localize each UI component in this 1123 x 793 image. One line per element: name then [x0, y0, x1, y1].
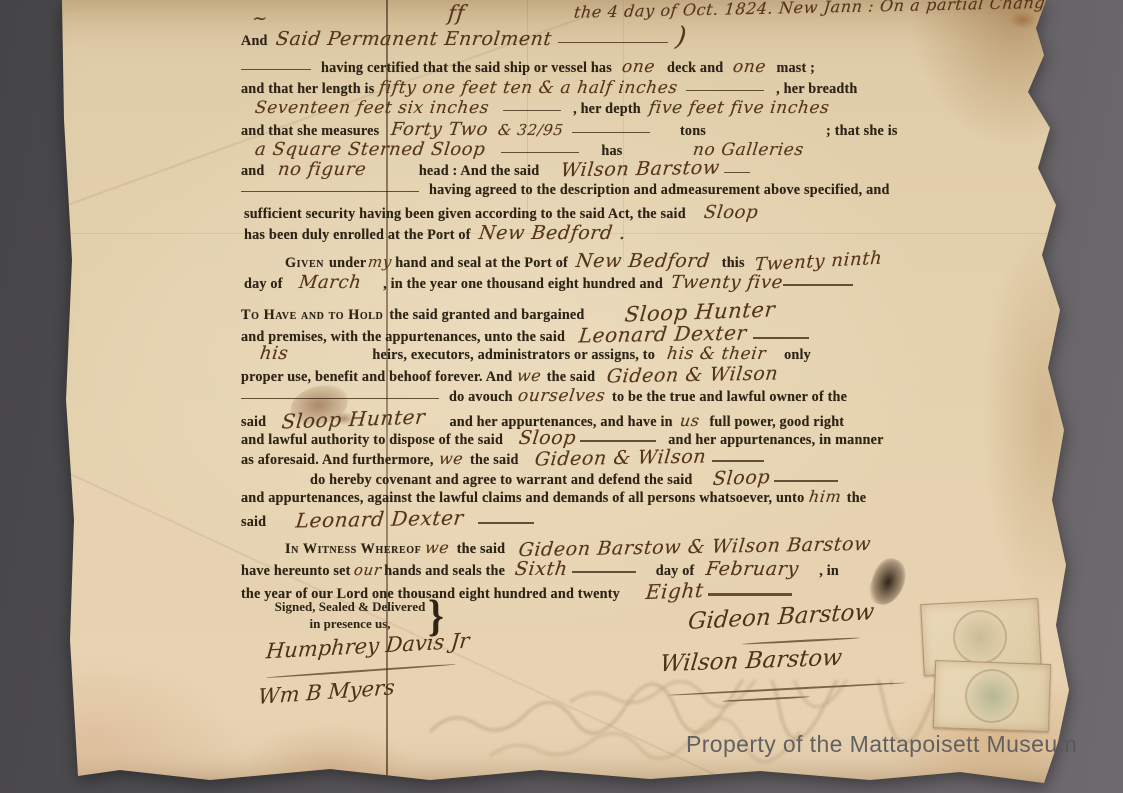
gap [605, 400, 612, 401]
gap [704, 597, 708, 598]
printed-text: proper use, benefit and behoof forever. … [241, 369, 512, 386]
doc-line: and appurtenances, against the lawful cl… [241, 487, 866, 507]
printed-text: , her depth [573, 101, 641, 118]
printed-text: tons [680, 123, 706, 140]
gap [579, 154, 601, 155]
gap [288, 358, 372, 359]
handwritten-text: Forty Two [390, 119, 490, 140]
gap [693, 483, 713, 484]
printed-text: and that she measures [241, 123, 379, 140]
handwritten-text: Wilson Barstow [560, 157, 721, 182]
handwritten-text: one [621, 57, 657, 77]
gap [745, 266, 755, 267]
rule-line [241, 61, 311, 70]
rule-line [503, 102, 561, 111]
doc-line: Seventeen feet six inches, her depthfive… [255, 98, 829, 118]
doc-line: and lawful authority to dispose of the s… [241, 427, 884, 449]
doc-line: has been duly enrolled at the Port ofNew… [244, 222, 626, 244]
printed-text: only [784, 347, 811, 364]
printed-text: and appurtenances, against the lawful cl… [241, 490, 804, 507]
gap [503, 443, 519, 444]
doc-line: saidLeonard Dexter [241, 507, 534, 531]
rule-line [241, 183, 419, 192]
doc-line: andno figurehead : And the saidWilson Ba… [241, 158, 750, 180]
handwritten-text: the 4 day of Oct. 1824. New Jann : On a … [574, 0, 1123, 22]
printed-text: head : And the said [419, 163, 540, 180]
gap [425, 425, 449, 426]
gap [620, 597, 646, 598]
doc-line: and that she measuresForty Two& 32/95ton… [241, 119, 898, 140]
photo-canvas: { "colors":{ "bg-left":"#454446","bg-rig… [0, 0, 1123, 793]
doc-line: do avouchourselvesto be the true and law… [241, 386, 847, 406]
gap [655, 71, 667, 72]
gap [539, 174, 561, 175]
gap [419, 193, 429, 194]
paper-sheet: ~ffthe 4 day of Oct. 1824. New Jann : On… [0, 0, 1123, 793]
handwritten-text: Twenty five [670, 272, 785, 293]
doc-line: Givenundermyhand and seal at the Port of… [285, 250, 882, 272]
handwritten-text: Eight [645, 578, 705, 604]
printed-text: this [722, 255, 745, 272]
printed-text: And [241, 33, 268, 50]
printed-text: , in [819, 563, 839, 580]
attestation-block: Signed, Sealed & Delivered in presence u… [266, 599, 434, 633]
handwritten-text: my [367, 253, 393, 271]
gap [766, 358, 784, 359]
handwritten-text: Seventeen feet six inches [254, 98, 491, 118]
museum-watermark: Property of the Mattapoisett Museum [686, 731, 1077, 758]
printed-text: having certified that the said ship or v… [321, 60, 612, 77]
handwritten-text: New Bedford [575, 250, 712, 272]
gap [686, 217, 704, 218]
gap [283, 287, 299, 288]
gap [706, 134, 826, 135]
printed-text: to be the true and lawful owner of the [612, 389, 847, 406]
printed-text: day of [244, 276, 283, 293]
handwritten-text: fifty one feet ten & a half inches [378, 78, 679, 98]
handwritten-text: Gideon & Wilson [606, 363, 780, 388]
handwritten-text: ) [674, 22, 688, 52]
printed-text: having agreed to the description and adm… [429, 182, 890, 199]
rule-line [241, 390, 439, 399]
handwritten-text: Said Permanent Enrolment [274, 28, 553, 50]
handwritten-text: & 32/95 [497, 121, 565, 139]
doc-line: have hereunto setourhands and seals theS… [241, 558, 839, 580]
gap [576, 443, 580, 444]
doc-line: having agreed to the description and adm… [241, 182, 890, 199]
gap [706, 463, 712, 464]
rule-line [708, 587, 792, 596]
printed-text: day of [656, 563, 695, 580]
gap [552, 44, 558, 45]
doc-line: having certified that the said ship or v… [241, 57, 815, 77]
gap [485, 154, 501, 155]
doc-line: AndSaid Permanent Enrolment) [241, 22, 686, 52]
doc-line: as aforesaid. And furthermore,wethe said… [241, 447, 764, 469]
handwritten-text: we [438, 449, 465, 468]
gap [766, 71, 776, 72]
handwritten-text: our [352, 561, 382, 579]
gap [747, 340, 753, 341]
handwritten-text: a Square Sterned Sloop [254, 139, 487, 160]
gap [367, 174, 419, 175]
gap [799, 574, 819, 575]
rule-line [572, 564, 636, 573]
printed-text: and that her length is [241, 81, 374, 98]
handwritten-text: Sixth [514, 558, 569, 580]
handwritten-text: five feet five inches [648, 98, 831, 118]
printed-text: do avouch [449, 389, 513, 406]
gap [489, 112, 503, 113]
handwritten-text: we [424, 538, 451, 557]
gap [565, 340, 579, 341]
rule-line [753, 330, 809, 339]
gap [764, 92, 776, 93]
gap [700, 425, 710, 426]
printed-text: , in the year one thousand eight hundred… [383, 276, 663, 293]
gap [450, 552, 457, 553]
rule-line [774, 473, 838, 482]
rule-line [686, 82, 764, 91]
gap [464, 525, 478, 526]
rule-line [558, 34, 668, 43]
doc-line: In Witness Whereofwethe saidGideon Barst… [285, 536, 871, 558]
gap [650, 134, 680, 135]
handwritten-text: March [297, 272, 362, 293]
doc-line: do hereby covenant and agree to warrant … [310, 467, 838, 489]
gap [519, 463, 535, 464]
gap [710, 266, 722, 267]
handwritten-text: his [259, 343, 290, 364]
printed-text: hands and seals the [384, 563, 505, 580]
handwritten-text: Sloop [518, 427, 578, 449]
printed-text: heirs, executors, administrators or assi… [372, 347, 655, 364]
gap [439, 400, 449, 401]
gap [636, 574, 656, 575]
printed-text: mast ; [776, 60, 815, 77]
gap [266, 525, 296, 526]
rule-line [580, 433, 656, 442]
doc-line: proper use, benefit and behoof forever. … [241, 364, 778, 386]
printed-text: ; that she is [826, 123, 898, 140]
printed-text: sufficient security having been given ac… [244, 206, 686, 223]
handwritten-text: his & their [666, 344, 768, 364]
doc-line: To Have and to Holdthe said granted and … [241, 300, 775, 324]
gap [361, 287, 383, 288]
gap [505, 552, 519, 553]
printed-text: Given [285, 255, 324, 272]
gap [585, 318, 625, 319]
attestation-line1: Signed, Sealed & Delivered [266, 599, 434, 616]
handwritten-text: Leonard Dexter [295, 506, 466, 533]
printed-text: deck and [667, 60, 723, 77]
rule-line [724, 164, 750, 173]
gap [678, 92, 686, 93]
handwritten-text: Gideon Barstow & Wilson Barstow [518, 533, 873, 561]
printed-text: the [847, 490, 867, 507]
gap [655, 358, 667, 359]
printed-text: the said [457, 541, 506, 558]
gap [463, 463, 470, 464]
printed-text: and [241, 163, 264, 180]
printed-text: , her breadth [776, 81, 857, 98]
gap [266, 425, 282, 426]
printed-text: has been duly enrolled at the Port of [244, 227, 471, 244]
doc-line: hisheirs, executors, administrators or a… [260, 343, 811, 364]
rule-line [783, 277, 853, 286]
doc-line: and that her length isfifty one feet ten… [241, 78, 857, 98]
handwritten-text: one [732, 57, 768, 77]
handwritten-text: ourselves [516, 386, 606, 406]
document-lines: ~ffthe 4 day of Oct. 1824. New Jann : On… [0, 0, 1123, 793]
gap [561, 112, 573, 113]
rule-line [501, 144, 579, 153]
document-photo: ~ffthe 4 day of Oct. 1824. New Jann : On… [0, 0, 1123, 793]
gap [311, 71, 321, 72]
printed-text: the said [547, 369, 596, 386]
gap [568, 574, 572, 575]
handwritten-text: him [808, 487, 843, 506]
printed-text: said [241, 514, 266, 531]
rule-line [712, 453, 764, 462]
printed-text: have hereunto set [241, 563, 351, 580]
printed-text: In Witness Whereof [285, 541, 421, 558]
gap [564, 134, 572, 135]
gap [770, 483, 774, 484]
gap [465, 17, 575, 20]
handwritten-text: February [705, 558, 801, 580]
doc-line: sufficient security having been given ac… [244, 202, 758, 223]
handwritten-text: we [516, 366, 543, 385]
rule-line [478, 515, 534, 524]
gap [623, 154, 693, 155]
handwritten-text: New Bedford . [477, 222, 627, 244]
printed-text: hand and seal at the Port of [395, 255, 568, 272]
handwritten-text: no figure [277, 159, 368, 180]
attestation-line2: in presence us, [266, 616, 434, 633]
gap [720, 174, 724, 175]
printed-text: under [329, 255, 366, 272]
rule-line [572, 124, 650, 133]
handwritten-text: Sloop [703, 202, 760, 223]
gap [656, 443, 668, 444]
doc-line: day ofMarch, in the year one thousand ei… [244, 272, 853, 293]
